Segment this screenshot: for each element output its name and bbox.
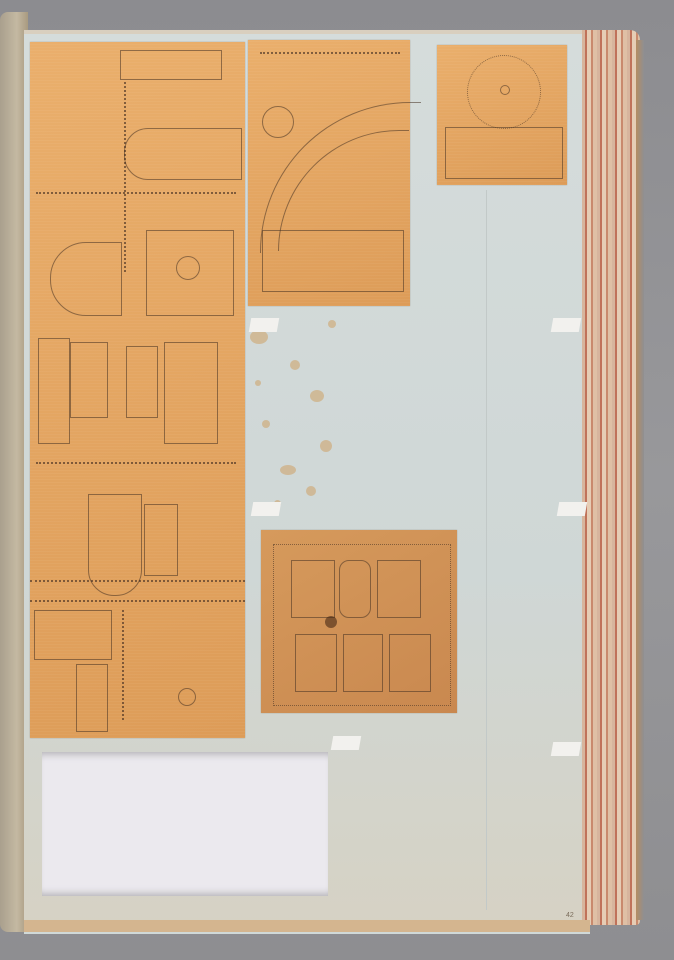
page-stack-edge xyxy=(582,30,640,925)
sketch-room xyxy=(291,560,335,618)
top-right-sheet xyxy=(437,45,567,185)
sketch-room xyxy=(339,560,371,618)
sketch-room xyxy=(144,504,178,576)
page-stack-shadow xyxy=(636,40,644,920)
sketch-theater-plan xyxy=(124,128,242,180)
page-crease xyxy=(486,190,487,910)
left-tall-sheet xyxy=(30,42,245,738)
sketch-room xyxy=(295,634,337,692)
hinge-tab xyxy=(551,742,581,756)
sketch-room xyxy=(343,634,383,692)
sketch-center xyxy=(500,85,510,95)
hinge-tab xyxy=(551,318,581,332)
sketch-rotunda xyxy=(50,242,122,316)
page-bottom-band xyxy=(24,920,590,932)
sketch-building-base xyxy=(445,127,563,179)
sketch-room xyxy=(126,346,158,418)
hinge-tab xyxy=(557,502,587,516)
sketch-stair xyxy=(76,664,108,732)
sketch-colonnade xyxy=(120,50,222,80)
sketch-circle xyxy=(178,688,196,706)
sketch-room xyxy=(389,634,431,692)
hinge-tab xyxy=(249,318,279,332)
blank-mount-area xyxy=(42,752,328,896)
hinge-tab xyxy=(251,502,281,516)
sketch-room xyxy=(34,610,112,660)
sketch-stair-circle xyxy=(262,106,294,138)
top-center-sheet xyxy=(248,40,410,306)
sketch-scene-building xyxy=(262,230,404,292)
folio-number: 42 xyxy=(566,912,574,919)
sketch-circle xyxy=(176,256,200,280)
sketch-room xyxy=(377,560,421,618)
hinge-tab xyxy=(331,736,361,750)
sketch-hatched-room xyxy=(164,342,218,444)
center-square-sheet xyxy=(261,530,457,713)
sketch-room xyxy=(70,342,108,418)
sketch-staircase xyxy=(38,338,70,444)
